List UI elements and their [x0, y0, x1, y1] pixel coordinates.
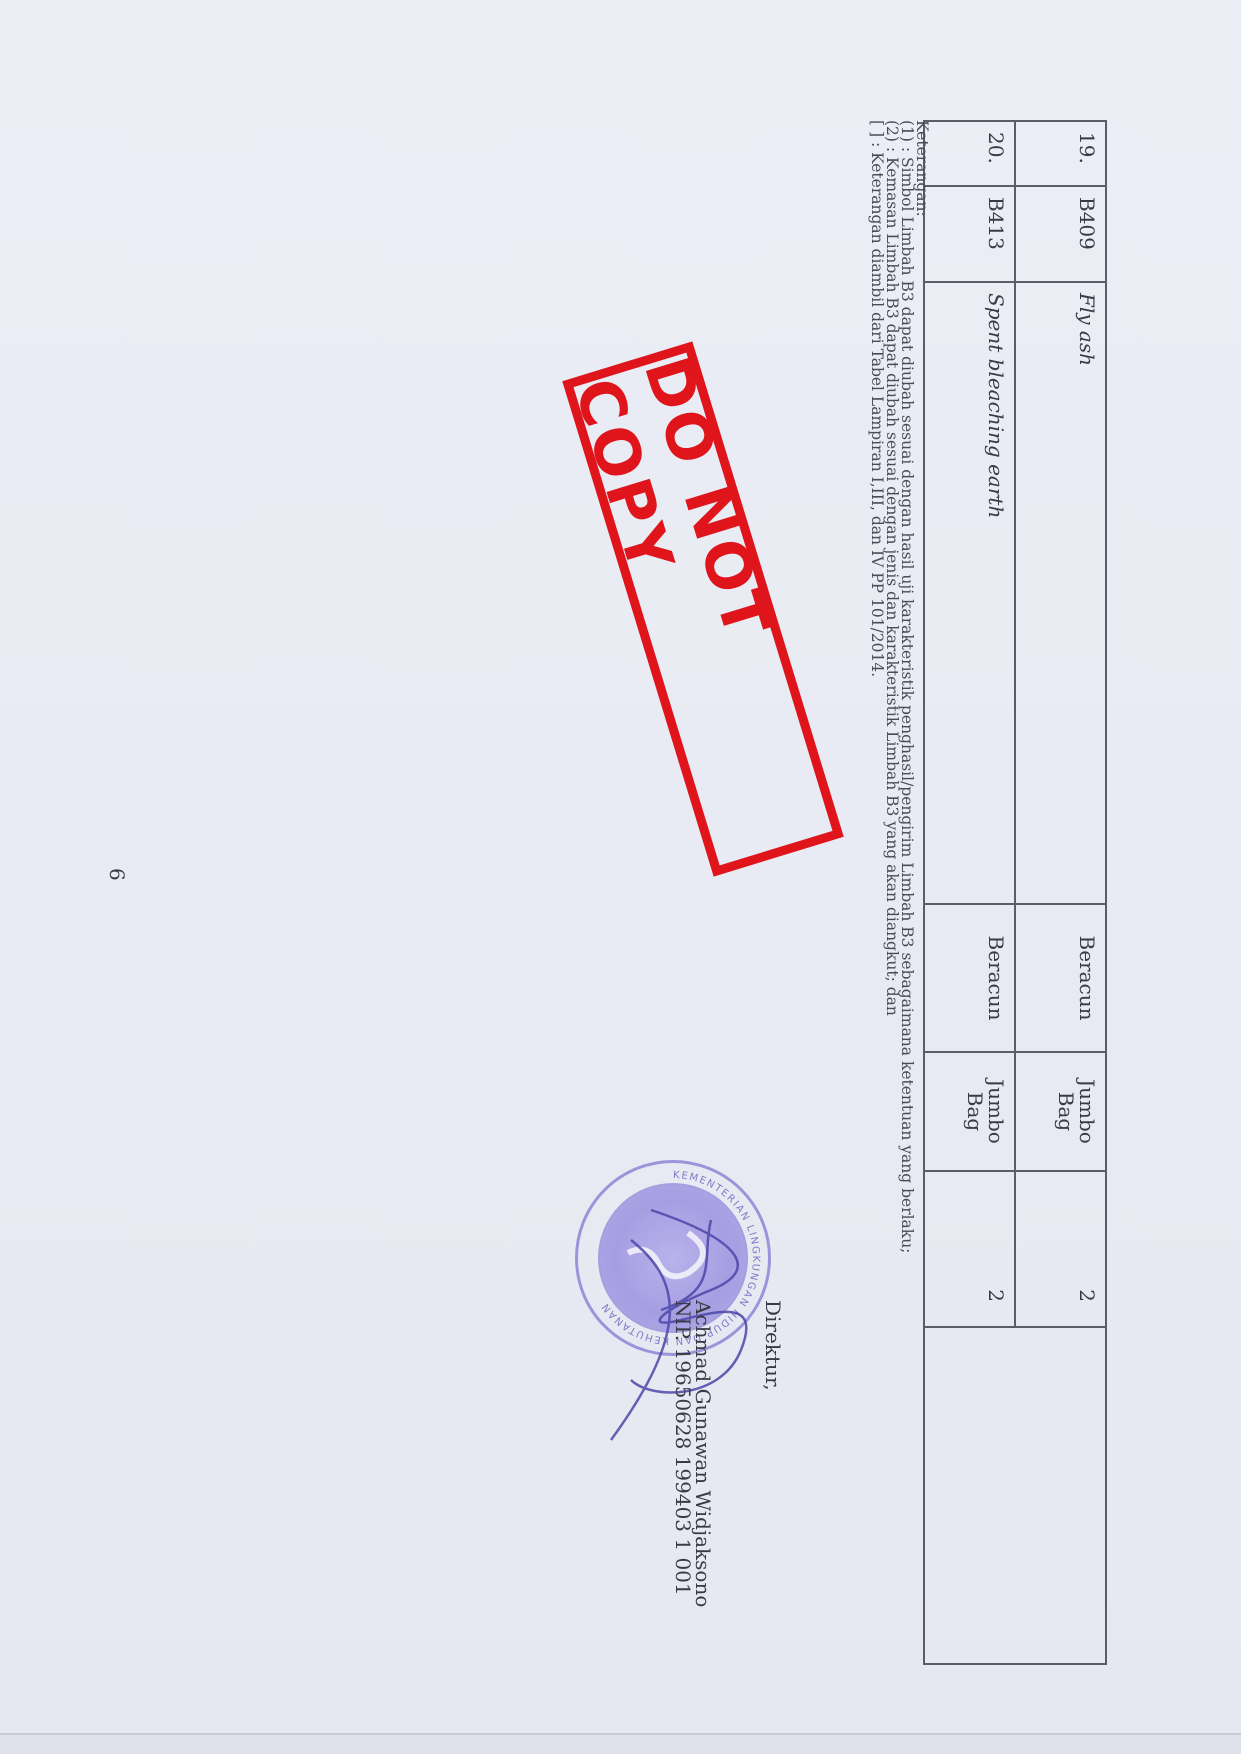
watermark-text: DO NOT COPY [560, 349, 846, 870]
notes-heading: Keterangan: [914, 120, 929, 1253]
note-item: [ ] : Keterangan diambil dari Tabel Lamp… [869, 120, 884, 1253]
waste-code: B413 [924, 186, 1015, 282]
waste-quantity: 2 [924, 1171, 1015, 1327]
signatory-nip: NIP. 19650628 199403 1 001 [673, 1300, 693, 1607]
do-not-copy-watermark: DO NOT COPY [562, 341, 844, 876]
waste-name: Fly ash [1015, 282, 1106, 904]
waste-quantity: 2 [1015, 1171, 1106, 1327]
merged-remarks-cell [924, 1327, 1106, 1664]
document-page: 19. B409 Fly ash Beracun Jumbo Bag 2 20.… [0, 0, 1241, 1754]
waste-characteristic: Beracun [1015, 904, 1106, 1052]
waste-name: Spent bleaching earth [924, 282, 1015, 904]
signatory-name: Achmad Gunawan Widjaksono [693, 1300, 713, 1607]
notes-section: Keterangan: (1) : Simbol Limbah B3 dapat… [869, 120, 929, 1253]
signature-block: Direktur, Achmad Gunawan Widjaksono NIP.… [673, 1300, 783, 1607]
row-number: 19. [1015, 121, 1106, 186]
table-row: 19. B409 Fly ash Beracun Jumbo Bag 2 [1015, 121, 1106, 1664]
note-item: (1) : Simbol Limbah B3 dapat diubah sesu… [899, 120, 914, 1253]
waste-table: 19. B409 Fly ash Beracun Jumbo Bag 2 20.… [923, 120, 1107, 1665]
waste-packaging: Jumbo Bag [1015, 1052, 1106, 1171]
row-number: 20. [924, 121, 1015, 186]
note-item: (2) : Kemasan Limbah B3 dapat diubah ses… [884, 120, 899, 1253]
waste-code: B409 [1015, 186, 1106, 282]
signatory-title: Direktur, [763, 1300, 783, 1607]
waste-packaging: Jumbo Bag [924, 1052, 1015, 1171]
page-number: 6 [105, 868, 129, 881]
waste-characteristic: Beracun [924, 904, 1015, 1052]
